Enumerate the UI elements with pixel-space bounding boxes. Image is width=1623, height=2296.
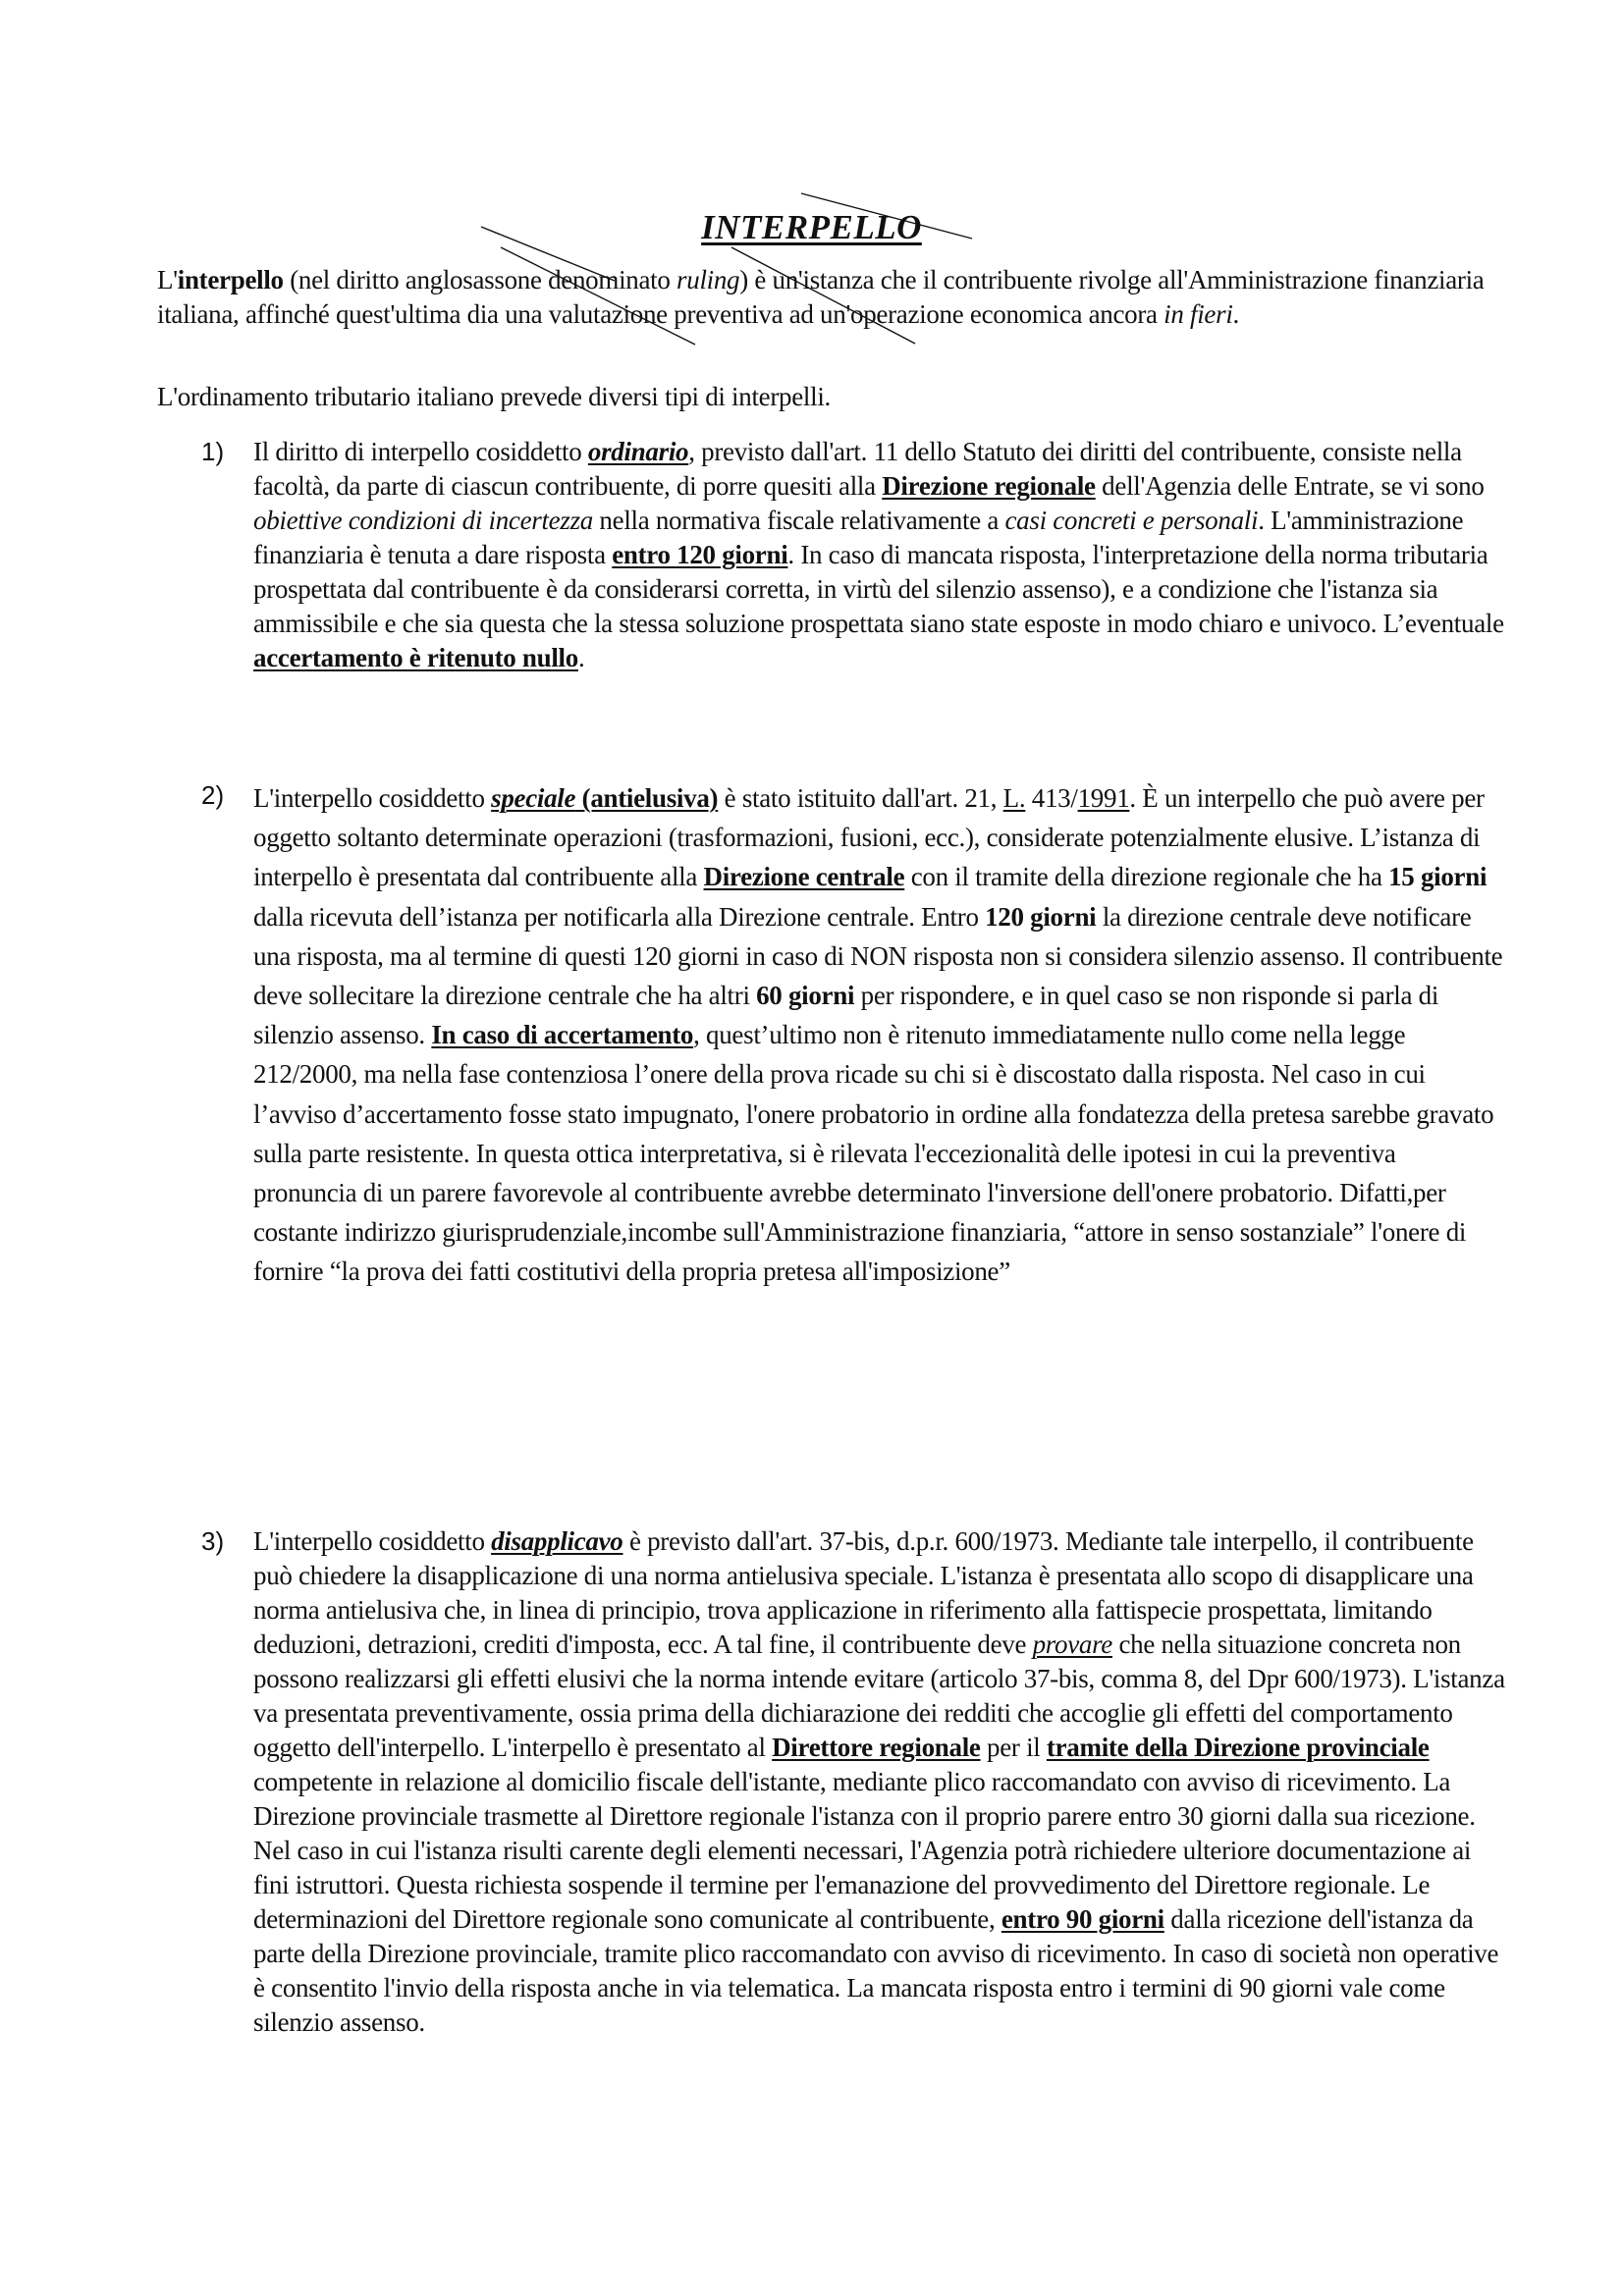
list-number: 2) xyxy=(201,778,224,813)
bold-text: 15 giorni xyxy=(1388,862,1487,891)
list-number: 1) xyxy=(201,435,224,469)
emphasized-text: L. xyxy=(1003,783,1026,813)
list-number: 3) xyxy=(201,1524,224,1559)
text-run: Il diritto di interpello cosiddetto xyxy=(253,437,588,466)
italic-text: in fieri xyxy=(1163,299,1232,329)
emphasized-text: disapplicavo xyxy=(491,1526,622,1556)
text-run: per il xyxy=(981,1733,1047,1762)
text-run: 413/ xyxy=(1025,783,1077,813)
bold-text: 120 giorni xyxy=(985,902,1096,932)
text-run: L' xyxy=(157,265,178,294)
text-run: è stato istituito dall'art. 21, xyxy=(718,783,1002,813)
emphasized-text: entro 90 giorni xyxy=(1001,1904,1164,1934)
text-run: L'interpello cosiddetto xyxy=(253,1526,491,1556)
list-item-text: Il diritto di interpello cosiddetto ordi… xyxy=(253,435,1505,675)
text-run: . xyxy=(1233,299,1239,329)
text-run: dalla ricevuta dell’istanza per notifica… xyxy=(253,902,985,932)
emphasized-text: 1991 xyxy=(1078,783,1130,813)
text-run: con il tramite della direzione regionale… xyxy=(904,862,1388,891)
emphasized-text: Direzione centrale xyxy=(704,862,905,891)
italic-text: casi concreti e personali xyxy=(1004,506,1258,535)
emphasized-text: In caso di accertamento xyxy=(431,1020,693,1049)
bold-text: 60 giorni xyxy=(756,981,854,1010)
document-title: INTERPELLO xyxy=(0,208,1623,247)
intro-paragraph: L'interpello (nel diritto anglosassone d… xyxy=(157,263,1492,332)
italic-text: obiettive condizioni di incertezza xyxy=(253,506,593,535)
intro-types-paragraph: L'ordinamento tributario italiano preved… xyxy=(157,380,1492,414)
text-run: dell'Agenzia delle Entrate, se vi sono xyxy=(1096,471,1485,501)
document-page: INTERPELLO L'interpello (nel diritto ang… xyxy=(0,0,1623,2296)
emphasized-text: Direzione regionale xyxy=(882,471,1096,501)
emphasized-text: ordinario xyxy=(588,437,688,466)
emphasized-text: entro 120 giorni xyxy=(612,540,787,569)
text-run: , quest’ultimo non è ritenuto immediatam… xyxy=(253,1020,1493,1286)
list-item-text: L'interpello cosiddetto disapplicavo è p… xyxy=(253,1524,1505,2040)
emphasized-text: provare xyxy=(1033,1629,1112,1659)
text-run: (nel diritto anglosassone denominato xyxy=(284,265,676,294)
emphasized-text: tramite della Direzione provinciale xyxy=(1047,1733,1430,1762)
text-run: nella normativa fiscale relativamente a xyxy=(593,506,1005,535)
list-item-text: L'interpello cosiddetto speciale (antiel… xyxy=(253,778,1505,1292)
italic-text: ruling xyxy=(676,265,739,294)
text-run: L'interpello cosiddetto xyxy=(253,783,491,813)
emphasized-text: accertamento è ritenuto nullo xyxy=(253,643,578,672)
text-run: . xyxy=(578,643,584,672)
emphasized-text: Direttore regionale xyxy=(772,1733,980,1762)
emphasized-text: speciale xyxy=(491,783,575,813)
bold-text: interpello xyxy=(178,265,284,294)
emphasized-text: (antielusiva) xyxy=(575,783,718,813)
